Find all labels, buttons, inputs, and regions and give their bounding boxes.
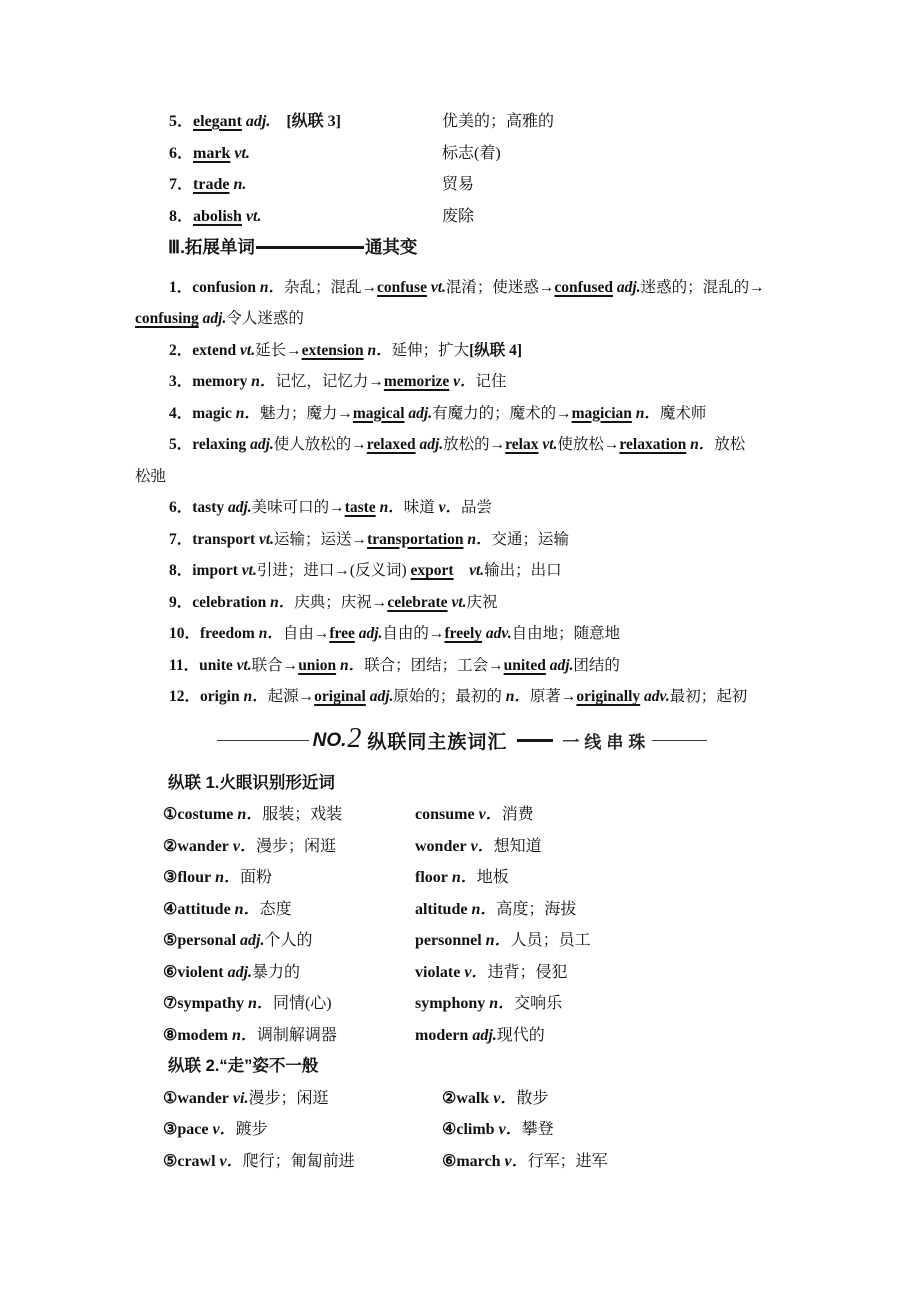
vocab-cell-right: symphony n．交响乐 [415,988,789,1020]
part-of-speech: adj. [613,279,641,296]
word-row: 7．trade n.贸易 [135,169,789,201]
vocab-row: ④attitude n．态度altitude n．高度；海拔 [135,894,789,926]
extended-word-item: 12．origin n．起源→original adj.原始的；最初的 n．原著… [135,681,789,713]
extended-word-item: 11．unite vt.联合→union n．联合；团结；工会→united a… [135,650,789,682]
chinese-text: 运输；运送→ [274,531,367,548]
chinese-text: 优美的；高雅的 [442,113,554,130]
word-row: 8．abolish vt.废除 [135,201,789,233]
part-of-speech: vt. [236,342,255,359]
word-bold: 8． [169,208,193,225]
vocab-cell-right: wonder v．想知道 [415,831,789,863]
chinese-text: 高度；海拔 [496,901,576,918]
part-of-speech: vt. [233,657,252,674]
chinese-text: 现代的 [497,1027,545,1044]
vocab-row: ②wander v．漫步；闲逛wonder v．想知道 [135,831,789,863]
chinese-text: 个人的 [264,932,312,949]
part-of-speech: adj. [199,310,227,327]
part-of-speech: n. [229,176,246,193]
vocab-row: ③flour n．面粉floor n．地板 [135,862,789,894]
part-of-speech: v． [467,838,494,855]
word-bold: [纵联 4] [469,342,522,359]
part-of-speech: n． [364,342,392,359]
derived-word-underlined: union [298,657,336,674]
vocab-row: ⑥violent adj.暴力的violate v．违背；侵犯 [135,957,789,989]
vocab-cell-left: ⑥violent adj.暴力的 [135,957,415,989]
chinese-text: 混淆；使迷惑→ [446,279,555,296]
chinese-text: 庆祝 [467,594,498,611]
part-of-speech: n． [482,932,511,949]
word-bold: ⑤personal [163,932,236,949]
part-of-speech: n． [232,405,260,422]
extended-word-item: 2．extend vt.延长→extension n．延伸；扩大[纵联 4] [135,335,789,367]
word-bold: 11．unite [169,657,233,674]
derived-word-underlined: originally [576,688,640,705]
banner-title: 纵联同主族词汇 [367,727,507,754]
word-bold: 8．import [169,562,238,579]
word-bold: 2．extend [169,342,236,359]
word-bold: 4．magic [169,405,232,422]
vocab-cell-left: ⑧modem n．调制解调器 [135,1020,415,1052]
part-of-speech: n． [376,499,404,516]
chinese-text: 记忆，记忆力→ [275,373,384,390]
derived-word-underlined: transportation [367,531,463,548]
derived-word-underlined: taste [345,499,376,516]
part-of-speech: n． [686,436,714,453]
chinese-text: 魔术师 [660,405,707,422]
vocab-cell-left: 8．abolish vt. [135,201,442,233]
chinese-text: 攀登 [522,1121,554,1138]
word-bold: ④climb [442,1121,495,1138]
part-of-speech: v． [208,1121,235,1138]
chinese-text: 令人迷惑的 [226,310,304,327]
derived-word-underlined: abolish [193,208,242,225]
word-bold: 5．relaxing [169,436,246,453]
word-bold: ⑧modem [163,1027,228,1044]
chinese-text: 面粉 [240,869,272,886]
lianxu1-heading: 纵联 1.火眼识别形近词 [135,768,789,800]
lianxu1-list: ①costume n．服装；戏装consume v．消费②wander v．漫步… [135,799,789,1051]
chinese-text: 人员；员工 [511,932,591,949]
chinese-text: 原著→ [530,688,577,705]
vocab-cell-right: ②walk v．散步 [442,1083,789,1115]
derived-word-underlined: confuse [377,279,427,296]
chinese-text: 使人放松的→ [274,436,367,453]
word-bold: 6．tasty [169,499,224,516]
banner-no-number: 2 [347,723,361,755]
derived-word-underlined: freely [444,625,482,642]
part-of-speech: adj. [366,688,394,705]
vocab-cell-right: ④climb v．攀登 [442,1114,789,1146]
extended-word-item: 10．freedom n．自由→free adj.自由的→freely adv.… [135,618,789,650]
word-bold: altitude [415,901,467,918]
derived-word-underlined: confused [554,279,613,296]
part-of-speech: v． [460,964,487,981]
heading-dash-line [256,246,364,249]
derived-word-underlined: export [411,562,454,579]
vocab-row: ⑤crawl v．爬行；匍匐前进⑥march v．行军；进军 [135,1146,789,1178]
part-of-speech: adj. [242,113,270,130]
vocab-row: ①costume n．服装；戏装consume v．消费 [135,799,789,831]
chinese-text: 起源→ [268,688,315,705]
derived-word-underlined: relaxation [619,436,686,453]
chinese-text: 自由的→ [382,625,444,642]
part-of-speech: n． [211,869,240,886]
word-row: 5．elegant adj. [纵联 3]优美的；高雅的 [135,106,789,138]
banner-subtitle: 一线串珠 [562,728,650,753]
derived-word-underlined: elegant [193,113,242,130]
word-list-continuation: 5．elegant adj. [纵联 3]优美的；高雅的6．mark vt.标志… [135,106,789,232]
part-of-speech: n． [464,531,492,548]
chinese-text: 踱步 [236,1121,268,1138]
chinese-text: 违背；侵犯 [487,964,567,981]
chinese-text: 放松 [714,436,745,453]
page-content: 5．elegant adj. [纵联 3]优美的；高雅的6．mark vt.标志… [135,106,789,1177]
part-of-speech: vt. [427,279,446,296]
derived-word-underlined: relaxed [367,436,416,453]
vocab-cell-left: ①costume n．服装；戏装 [135,799,415,831]
chinese-text: 美味可口的→ [252,499,345,516]
word-bold: [纵联 3] [270,113,341,130]
vocab-cell-right: violate v．违背；侵犯 [415,957,789,989]
part-of-speech: v． [216,1153,243,1170]
word-bold: 10．freedom [169,625,255,642]
vocab-cell-left: ①wander vi.漫步；闲逛 [135,1083,442,1115]
chinese-text: 服装；戏装 [262,806,342,823]
derived-word-underlined: mark [193,145,230,162]
derived-word-underlined: magician [572,405,632,422]
chinese-text: 记住 [476,373,507,390]
part-of-speech: adj. [246,436,274,453]
part-of-speech: v． [475,806,502,823]
chinese-text: 爬行；匍匐前进 [243,1153,355,1170]
chinese-text: 想知道 [494,838,542,855]
section-heading-prefix: Ⅲ.拓展单词 [168,237,255,257]
extended-word-item: 1．confusion n．杂乱；混乱→confuse vt.混淆；使迷惑→co… [135,272,789,335]
vocab-row: ⑤personal adj.个人的personnel n．人员；员工 [135,925,789,957]
vocab-cell-right: 优美的；高雅的 [442,106,789,138]
chinese-text: 标志(着) [442,145,501,162]
vocab-cell-left: ③pace v．踱步 [135,1114,442,1146]
word-bold: ④attitude [163,901,231,918]
chinese-text: 杂乱；混乱→ [284,279,377,296]
part-of-speech: n． [506,688,530,705]
part-of-speech: v． [449,373,475,390]
extended-word-item: 6．tasty adj.美味可口的→taste n．味道 v．品尝 [135,492,789,524]
derived-word-underlined: memorize [384,373,449,390]
chinese-text: 自由→ [283,625,330,642]
part-of-speech: adj. [224,964,252,981]
document-page: 5．elegant adj. [纵联 3]优美的；高雅的6．mark vt.标志… [0,0,920,1302]
word-bold: modern [415,1027,468,1044]
chinese-text: 废除 [442,208,474,225]
word-bold: ⑤crawl [163,1153,216,1170]
word-bold: ①costume [163,806,233,823]
derived-word-underlined: relax [505,436,538,453]
chinese-text: 魅力；魔力→ [260,405,353,422]
vocab-row: ③pace v．踱步④climb v．攀登 [135,1114,789,1146]
part-of-speech: adv. [482,625,512,642]
chinese-text: 迷惑的；混乱的→ [641,279,765,296]
word-bold: 3．memory [169,373,247,390]
chinese-text: 暴力的 [252,964,300,981]
banner-line-right [652,740,707,741]
lianxu2-heading: 纵联 2.“走”姿不一般 [135,1051,789,1083]
word-bold: ⑦sympathy [163,995,244,1012]
word-bold: ②wander [163,838,229,855]
chinese-text: 态度 [260,901,292,918]
word-bold: ③flour [163,869,211,886]
word-bold: ③pace [163,1121,208,1138]
part-of-speech: v． [500,1153,527,1170]
part-of-speech: n． [485,995,514,1012]
chinese-text: 地板 [477,869,509,886]
word-bold: floor [415,869,448,886]
part-of-speech: n． [448,869,477,886]
part-of-speech: n． [256,279,284,296]
word-bold: 7． [169,176,193,193]
vocab-cell-right: 标志(着) [442,138,789,170]
part-of-speech: vt. [454,562,485,579]
part-of-speech: v． [439,499,461,516]
word-bold: 12．origin [169,688,240,705]
vocab-cell-left: 5．elegant adj. [纵联 3] [135,106,442,138]
chinese-text: 联合→ [252,657,299,674]
part-of-speech: vt. [242,208,262,225]
word-bold: ⑥violent [163,964,224,981]
chinese-text: 自由地；随意地 [512,625,621,642]
part-of-speech: adj. [236,932,264,949]
part-of-speech: vt. [230,145,250,162]
vocab-cell-left: 7．trade n. [135,169,442,201]
derived-word-underlined: magical [353,405,405,422]
chinese-text: 同情(心) [273,995,332,1012]
chinese-text: 有魔力的；魔术的→ [432,405,572,422]
part-of-speech: adj. [405,405,433,422]
extended-word-list: 1．confusion n．杂乱；混乱→confuse vt.混淆；使迷惑→co… [135,272,789,713]
extended-word-item: 4．magic n．魅力；魔力→magical adj.有魔力的；魔术的→mag… [135,398,789,430]
vocab-cell-left: ⑤personal adj.个人的 [135,925,415,957]
word-bold: personnel [415,932,482,949]
part-of-speech: n． [233,806,262,823]
derived-word-underlined: extension [302,342,364,359]
part-of-speech: n． [255,625,283,642]
no2-banner: NO. 2 纵联同主族词汇 一线串珠 [135,719,789,763]
derived-word-underlined: confusing [135,310,199,327]
word-bold: wonder [415,838,467,855]
vocab-row: ⑦sympathy n．同情(心)symphony n．交响乐 [135,988,789,1020]
part-of-speech: n． [228,1027,257,1044]
extended-word-item: 5．relaxing adj.使人放松的→relaxed adj.放松的→rel… [135,429,789,492]
part-of-speech: n． [336,657,364,674]
chinese-text: 原始的；最初的 [393,688,505,705]
chinese-text: 交通；运输 [492,531,570,548]
banner-no-label: NO. [313,730,347,752]
word-bold: symphony [415,995,485,1012]
part-of-speech: adj. [355,625,383,642]
vocab-cell-right: modern adj.现代的 [415,1020,789,1052]
chinese-text: 最初；起初 [670,688,748,705]
part-of-speech: v． [495,1121,522,1138]
chinese-text: 散步 [516,1090,548,1107]
extended-word-item: 8．import vt.引进；进口→(反义词) export vt.输出；出口 [135,555,789,587]
derived-word-underlined: united [504,657,546,674]
part-of-speech: vt. [255,531,274,548]
vocab-cell-right: ⑥march v．行军；进军 [442,1146,789,1178]
part-of-speech: n． [244,995,273,1012]
part-of-speech: vt. [238,562,257,579]
word-bold: 9．celebration [169,594,266,611]
section-heading-expanded-words: Ⅲ.拓展单词通其变 [135,232,789,264]
vocab-cell-left: 6．mark vt. [135,138,442,170]
derived-word-underlined: celebrate [387,594,447,611]
chinese-text: 放松的→ [443,436,505,453]
part-of-speech: vt. [538,436,557,453]
part-of-speech: adj. [468,1027,496,1044]
chinese-text: 味道 [404,499,439,516]
word-bold: ①wander [163,1090,229,1107]
word-bold: ⑥march [442,1153,500,1170]
word-bold: 5． [169,113,193,130]
chinese-text: 庆典；庆祝→ [294,594,387,611]
word-bold: consume [415,806,475,823]
chinese-text: 延长→ [255,342,302,359]
part-of-speech: adj. [546,657,574,674]
part-of-speech: n． [240,688,268,705]
banner-line-left [217,740,309,741]
chinese-text: 贸易 [442,176,474,193]
chinese-text: 行军；进军 [528,1153,608,1170]
chinese-text: 团结的 [573,657,620,674]
part-of-speech: vi. [229,1090,249,1107]
word-bold: violate [415,964,460,981]
vocab-cell-right: altitude n．高度；海拔 [415,894,789,926]
part-of-speech: n． [231,901,260,918]
chinese-text: 延伸；扩大 [392,342,470,359]
extended-word-item: 7．transport vt.运输；运送→transportation n．交通… [135,524,789,556]
chinese-text: 交响乐 [514,995,562,1012]
vocab-row: ①wander vi.漫步；闲逛②walk v．散步 [135,1083,789,1115]
word-row: 6．mark vt.标志(着) [135,138,789,170]
word-bold: ②walk [442,1090,489,1107]
chinese-text: 使放松→ [557,436,619,453]
extended-word-item: 9．celebration n．庆典；庆祝→celebrate vt.庆祝 [135,587,789,619]
section-heading-suffix: 通其变 [365,237,418,257]
chinese-text: 漫步；闲逛 [256,838,336,855]
word-bold: 1．confusion [169,279,256,296]
chinese-text: 漫步；闲逛 [248,1090,328,1107]
chinese-text: 消费 [502,806,534,823]
vocab-cell-left: ⑤crawl v．爬行；匍匐前进 [135,1146,442,1178]
vocab-cell-right: 废除 [442,201,789,233]
chinese-text: 调制解调器 [257,1027,337,1044]
vocab-cell-left: ②wander v．漫步；闲逛 [135,831,415,863]
vocab-cell-left: ⑦sympathy n．同情(心) [135,988,415,1020]
chinese-text: 品尝 [461,499,492,516]
banner-dash [517,739,553,742]
vocab-cell-right: 贸易 [442,169,789,201]
chinese-text: 输出；出口 [484,562,562,579]
extended-word-item: 3．memory n．记忆，记忆力→memorize v．记住 [135,366,789,398]
word-bold: 7．transport [169,531,255,548]
part-of-speech: adv. [640,688,670,705]
part-of-speech: adj. [416,436,444,453]
vocab-cell-right: personnel n．人员；员工 [415,925,789,957]
part-of-speech: n． [266,594,294,611]
derived-word-underlined: original [314,688,366,705]
part-of-speech: vt. [448,594,467,611]
chinese-text: 松弛 [135,468,166,485]
vocab-cell-left: ③flour n．面粉 [135,862,415,894]
derived-word-underlined: trade [193,176,229,193]
chinese-text: 引进；进口→(反义词) [257,562,411,579]
word-bold: 6． [169,145,193,162]
part-of-speech: n． [247,373,275,390]
chinese-text: 联合；团结；工会→ [364,657,504,674]
vocab-cell-left: ④attitude n．态度 [135,894,415,926]
part-of-speech: n． [467,901,496,918]
vocab-row: ⑧modem n．调制解调器modern adj.现代的 [135,1020,789,1052]
vocab-cell-right: consume v．消费 [415,799,789,831]
part-of-speech: adj. [224,499,252,516]
part-of-speech: v． [489,1090,516,1107]
part-of-speech: n． [632,405,660,422]
lianxu2-list: ①wander vi.漫步；闲逛②walk v．散步③pace v．踱步④cli… [135,1083,789,1178]
derived-word-underlined: free [329,625,355,642]
part-of-speech: v． [229,838,256,855]
vocab-cell-right: floor n．地板 [415,862,789,894]
